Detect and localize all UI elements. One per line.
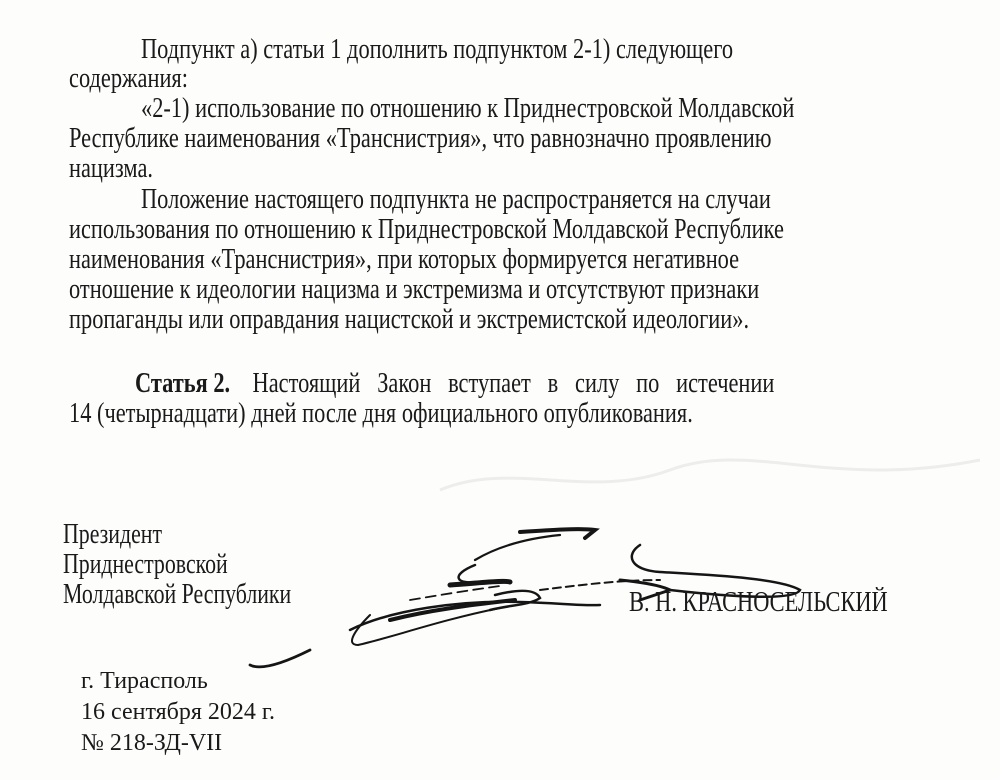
bleed-through-watermark	[430, 440, 990, 510]
paragraph-2-line-1: «2-1) использование по отношению к Придн…	[141, 92, 794, 125]
paragraph-3-line-2: использования по отношению к Приднестров…	[69, 213, 784, 246]
text-line: содержания:	[69, 63, 188, 94]
text-line: Республике наименования «Транснистрия», …	[69, 123, 771, 154]
text-line: наименования «Транснистрия», при которых…	[69, 244, 739, 275]
text-line: 14 (четырнадцати) дней после дня официал…	[69, 398, 693, 429]
paragraph-2-line-3: нацизма.	[69, 152, 153, 185]
footer-block: г. Тирасполь 16 сентября 2024 г. № 218-З…	[81, 666, 275, 759]
article-2-text: Настоящий Закон вступает в силу по истеч…	[253, 368, 775, 399]
text-line: Подпункт а) статьи 1 дополнить подпункто…	[141, 33, 733, 66]
article-2-line-2: 14 (четырнадцати) дней после дня официал…	[69, 397, 693, 430]
paragraph-3-line-5: пропаганды или оправдания нацистской и э…	[69, 303, 749, 336]
paragraph-1-line-1: Подпункт а) статьи 1 дополнить подпункто…	[141, 33, 953, 66]
paragraph-3-line-3: наименования «Транснистрия», при которых…	[69, 243, 739, 276]
text-line: нацизма.	[69, 153, 153, 184]
law-number: № 218-ЗД-VII	[81, 728, 275, 759]
city: г. Тирасполь	[81, 666, 275, 697]
paragraph-1-line-2: содержания:	[69, 62, 188, 95]
signatory-text: В. Н. КРАСНОСЕЛЬСКИЙ	[629, 587, 888, 618]
paragraph-3-line-4: отношение к идеологии нацизма и экстреми…	[69, 273, 759, 306]
paragraph-3-line-1: Положение настоящего подпункта не распро…	[141, 183, 771, 216]
signatory-name: В. Н. КРАСНОСЕЛЬСКИЙ	[629, 586, 888, 619]
text-line: «2-1) использование по отношению к Придн…	[141, 93, 794, 124]
paragraph-2-line-2: Республике наименования «Транснистрия», …	[69, 122, 771, 155]
article-2-line-1: Статья 2. Настоящий Закон вступает в сил…	[135, 367, 774, 400]
text-line: пропаганды или оправдания нацистской и э…	[69, 304, 749, 335]
article-2-label: Статья 2.	[135, 368, 230, 399]
date: 16 сентября 2024 г.	[81, 697, 275, 728]
text-line: отношение к идеологии нацизма и экстреми…	[69, 274, 759, 305]
text-line: Положение настоящего подпункта не распро…	[141, 184, 771, 215]
text-line: использования по отношению к Приднестров…	[69, 214, 784, 245]
